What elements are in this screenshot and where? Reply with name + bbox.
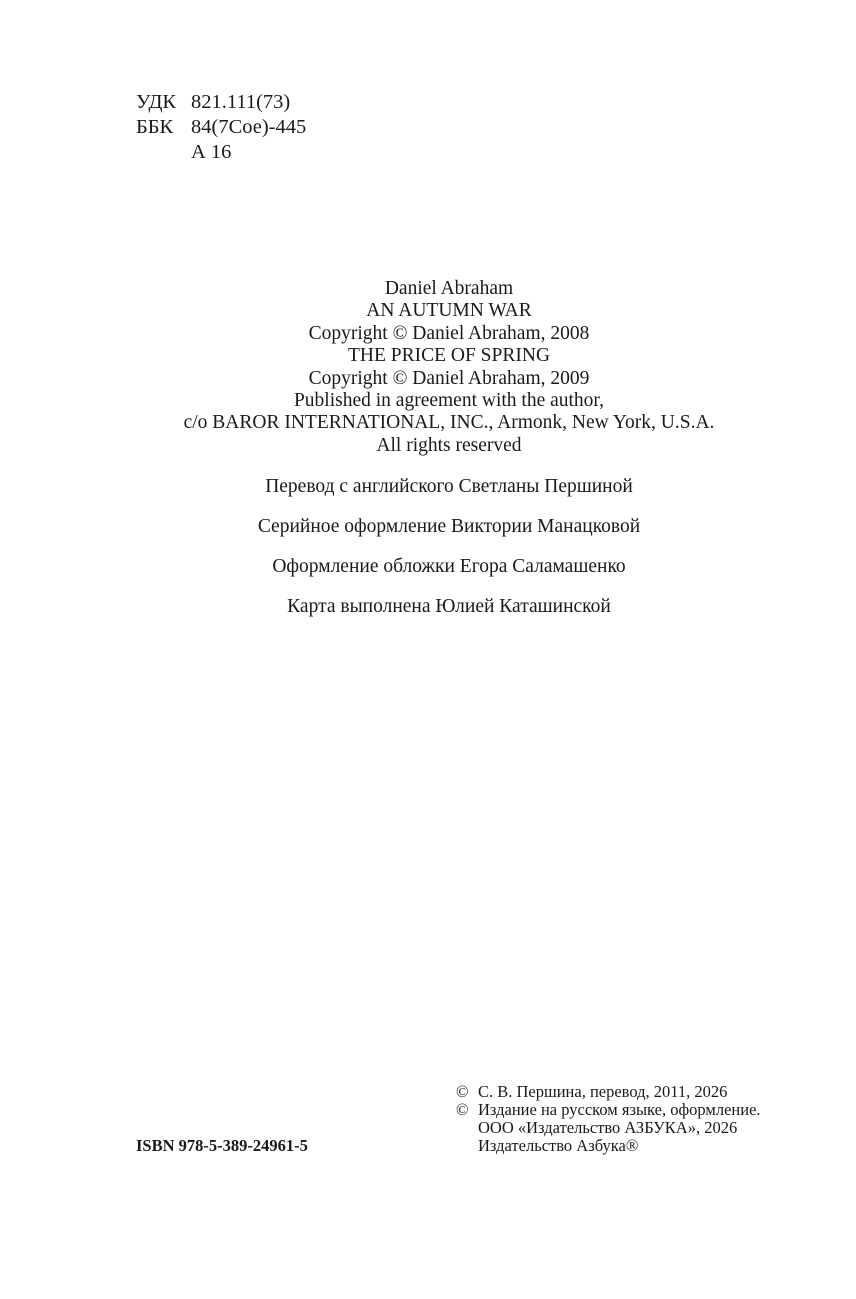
copyright-icon: ©: [456, 1101, 478, 1119]
agency-line: c/o BAROR INTERNATIONAL, INC., Armonk, N…: [0, 412, 856, 434]
copyright-line-1: Copyright © Daniel Abraham, 2008: [0, 323, 856, 345]
isbn: ISBN 978-5-389-24961-5: [136, 1136, 308, 1156]
udk-value: 821.111(73): [191, 90, 290, 115]
bbk-value: 84(7Сое)-445: [191, 115, 306, 140]
edition-notice-text: Издание на русском языке, оформление.: [478, 1101, 761, 1119]
udk-label: УДК: [136, 90, 191, 115]
author-mark-label: [136, 140, 191, 165]
classification-codes: УДК 821.111(73) ББК 84(7Сое)-445 А 16: [136, 90, 306, 165]
copyright-line-2: Copyright © Daniel Abraham, 2009: [0, 368, 856, 390]
translator-credit: Перевод с английского Светланы Першиной: [0, 476, 856, 516]
credits: Перевод с английского Светланы Першиной …: [0, 476, 856, 636]
copyright-icon: ©: [456, 1083, 478, 1101]
bbk-label: ББК: [136, 115, 191, 140]
original-rights: Daniel Abraham AN AUTUMN WAR Copyright ©…: [0, 278, 856, 457]
trademark-line: Издательство Азбука®: [456, 1137, 761, 1155]
translation-notice: © С. В. Першина, перевод, 2011, 2026: [456, 1083, 761, 1101]
map-credit: Карта выполнена Юлией Каташинской: [0, 596, 856, 636]
agreement-line: Published in agreement with the author,: [0, 390, 856, 412]
udk-row: УДК 821.111(73): [136, 90, 306, 115]
bbk-row: ББК 84(7Сое)-445: [136, 115, 306, 140]
series-design-credit: Серийное оформление Виктории Манацковой: [0, 516, 856, 556]
cover-design-credit: Оформление обложки Егора Саламашенко: [0, 556, 856, 596]
copyright-notices: © С. В. Першина, перевод, 2011, 2026 © И…: [456, 1083, 761, 1155]
edition-notice: © Издание на русском языке, оформление.: [456, 1101, 761, 1119]
author-mark-value: А 16: [191, 140, 231, 165]
author-mark-row: А 16: [136, 140, 306, 165]
author-name: Daniel Abraham: [0, 278, 856, 300]
translation-notice-text: С. В. Першина, перевод, 2011, 2026: [478, 1083, 727, 1101]
copyright-page: УДК 821.111(73) ББК 84(7Сое)-445 А 16 Da…: [0, 0, 856, 1299]
publisher-line: ООО «Издательство АЗБУКА», 2026: [456, 1119, 761, 1137]
original-title-1: AN AUTUMN WAR: [0, 300, 856, 322]
all-rights-line: All rights reserved: [0, 435, 856, 457]
original-title-2: THE PRICE OF SPRING: [0, 345, 856, 367]
